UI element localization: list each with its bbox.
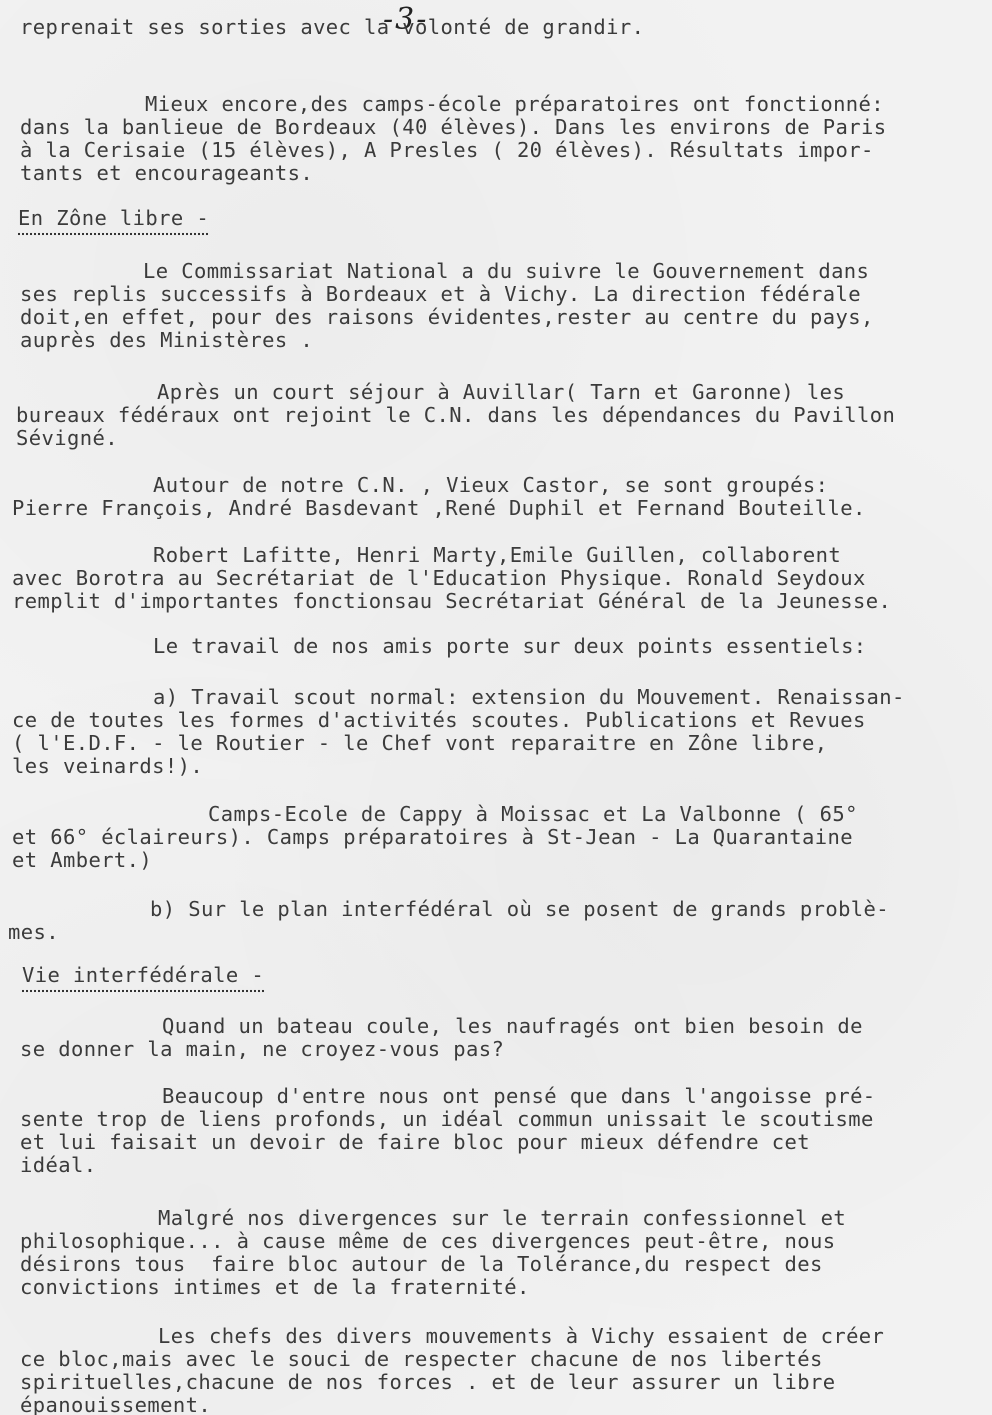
text-line: b) Sur le plan interfédéral où se posent…	[150, 897, 889, 921]
text-line: a) Travail scout normal: extension du Mo…	[153, 685, 905, 709]
text-line: avec Borotra au Secrétariat de l'Educati…	[12, 566, 866, 590]
text-line: les veinards!).	[12, 754, 203, 778]
text-line: Camps-Ecole de Cappy à Moissac et La Val…	[208, 802, 858, 826]
text-line: Quand un bateau coule, les naufragés ont…	[162, 1014, 863, 1038]
text-line: idéal.	[20, 1153, 96, 1177]
text-line: Malgré nos divergences sur le terrain co…	[158, 1206, 846, 1230]
text-line: et lui faisait un devoir de faire bloc p…	[20, 1130, 810, 1154]
text-line: épanouissement.	[20, 1393, 211, 1415]
text-line: Le Commissariat National a du suivre le …	[143, 259, 869, 283]
section-heading: Vie interfédérale -	[22, 963, 264, 987]
text-line: Autour de notre C.N. , Vieux Castor, se …	[153, 473, 828, 497]
text-line: se donner la main, ne croyez-vous pas?	[20, 1037, 504, 1061]
section-heading: En Zône libre -	[18, 206, 209, 230]
text-line: dans la banlieue de Bordeaux (40 élèves)…	[20, 115, 886, 139]
text-line: Sévigné.	[16, 426, 118, 450]
text-line: Le travail de nos amis porte sur deux po…	[153, 634, 867, 658]
text-line: philosophique... à cause même de ces div…	[20, 1229, 836, 1253]
text-line: Beaucoup d'entre nous ont pensé que dans…	[162, 1084, 876, 1108]
text-line: sente trop de liens profonds, un idéal c…	[20, 1107, 874, 1131]
text-line: Pierre François, André Basdevant ,René D…	[12, 496, 866, 520]
text-line: remplit d'importantes fonctionsau Secrét…	[12, 589, 891, 613]
text-line: Après un court séjour à Auvillar( Tarn e…	[157, 380, 845, 404]
text-line: Mieux encore,des camps-école préparatoir…	[145, 92, 884, 116]
text-line: auprès des Ministères .	[20, 328, 313, 352]
text-line: tants et encourageants.	[20, 161, 313, 185]
text-line: Les chefs des divers mouvements à Vichy …	[158, 1324, 884, 1348]
text-line: ses replis successifs à Bordeaux et à Vi…	[20, 282, 861, 306]
document-page: -3- reprenait ses sorties avec la volont…	[0, 0, 992, 1415]
text-line: désirons tous faire bloc autour de la To…	[20, 1252, 823, 1276]
text-line: à la Cerisaie (15 élèves), A Presles ( 2…	[20, 138, 874, 162]
text-line: ce bloc,mais avec le souci de respecter …	[20, 1347, 823, 1371]
text-line: spirituelles,chacune de nos forces . et …	[20, 1370, 836, 1394]
text-line: ce de toutes les formes d'activités scou…	[12, 708, 866, 732]
text-line: Robert Lafitte, Henri Marty,Emile Guille…	[153, 543, 841, 567]
text-line: mes.	[8, 920, 59, 944]
text-line: et Ambert.)	[12, 848, 152, 872]
text-line: convictions intimes et de la fraternité.	[20, 1275, 530, 1299]
text-line: reprenait ses sorties avec la volonté de…	[20, 15, 644, 39]
text-line: et 66° éclaireurs). Camps préparatoires …	[12, 825, 853, 849]
text-line: doit,en effet, pour des raisons évidente…	[20, 305, 874, 329]
text-line: bureaux fédéraux ont rejoint le C.N. dan…	[16, 403, 895, 427]
text-line: ( l'E.D.F. - le Routier - le Chef vont r…	[12, 731, 828, 755]
